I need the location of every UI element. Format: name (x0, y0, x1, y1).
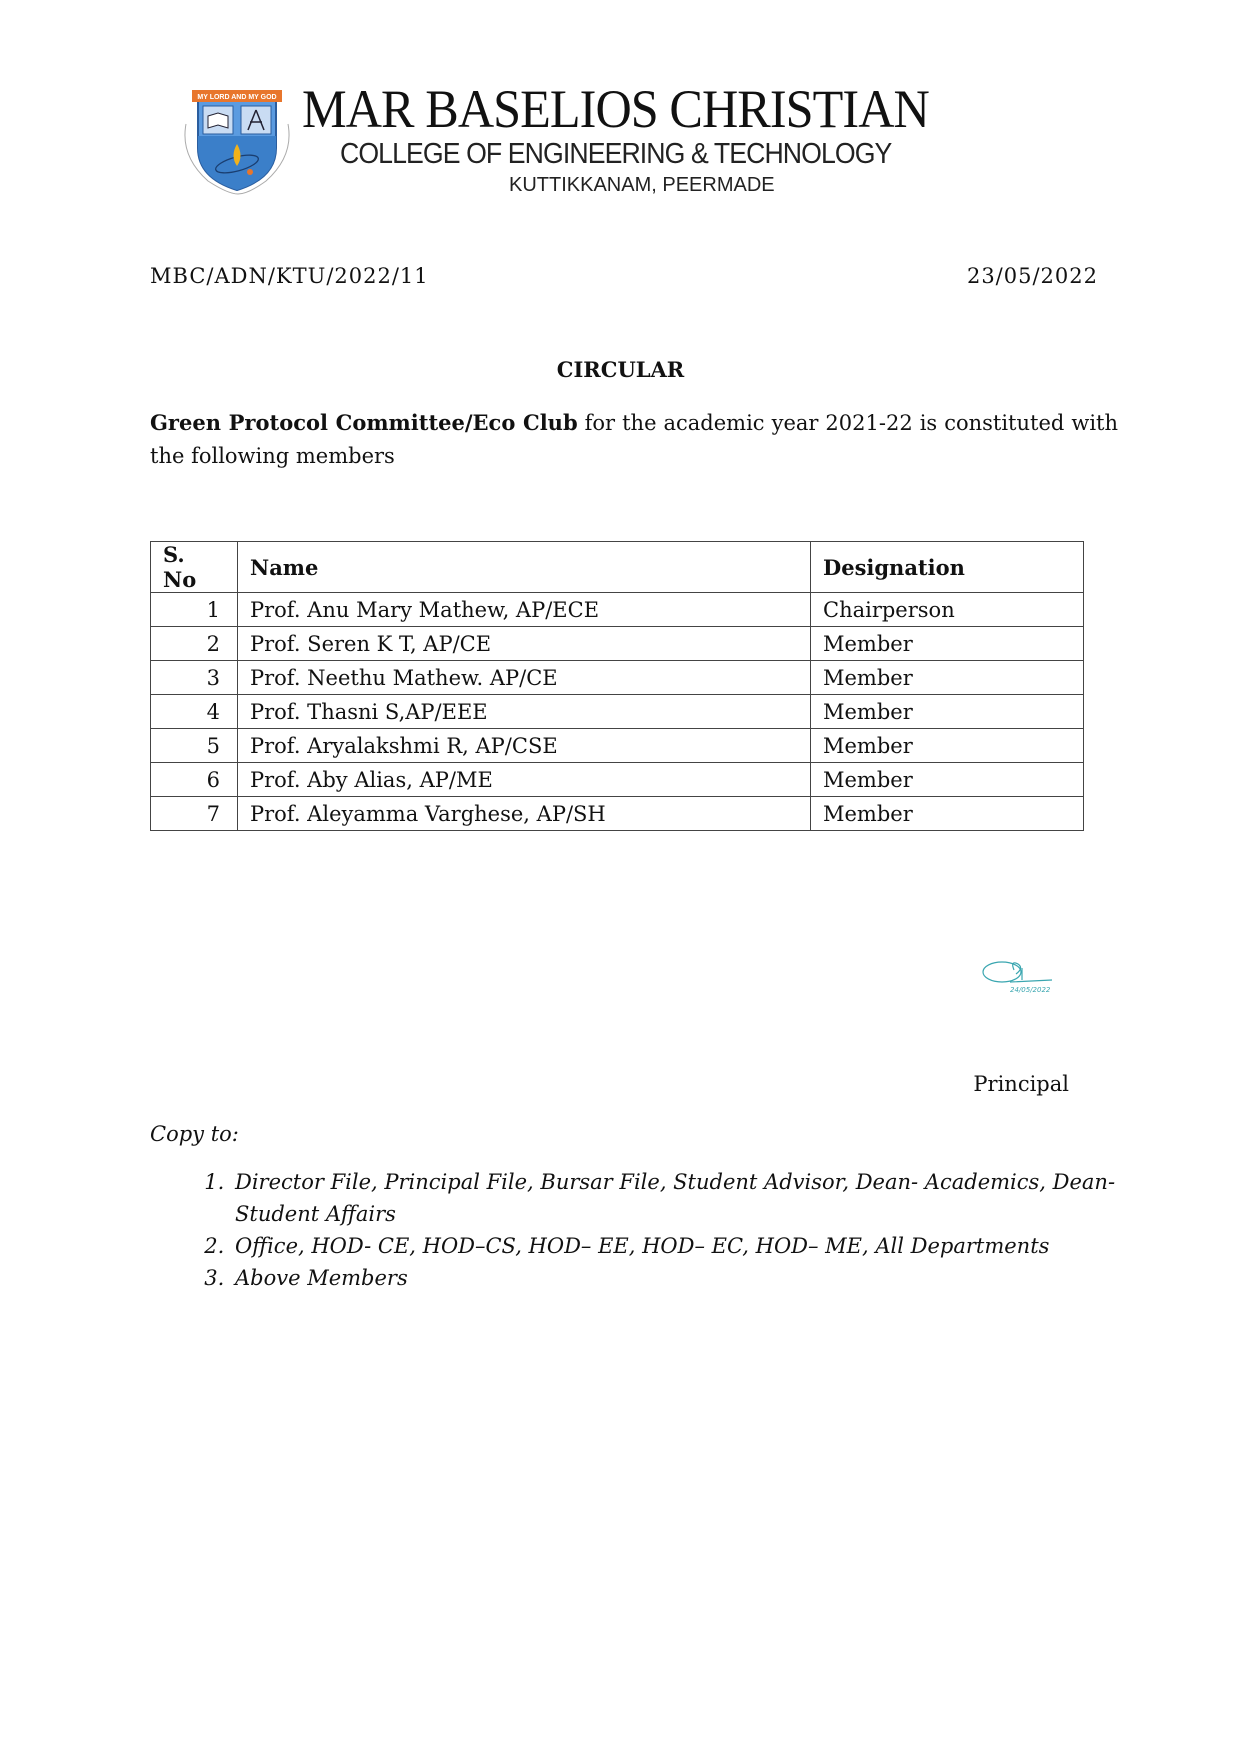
copy-to-item: Office, HOD- CE, HOD–CS, HOD– EE, HOD– E… (231, 1230, 1131, 1262)
cell-sno: 1 (151, 593, 238, 627)
cell-name: Prof. Aleyamma Varghese, AP/SH (238, 797, 811, 831)
cell-name: Prof. Thasni S,AP/EEE (238, 695, 811, 729)
college-location: KUTTIKKANAM, PEERMADE (509, 174, 775, 197)
cell-name: Prof. Neethu Mathew. AP/CE (238, 661, 811, 695)
committee-name: Green Protocol Committee/Eco Club (150, 410, 578, 435)
college-subtitle: COLLEGE OF ENGINEERING & TECHNOLOGY (340, 138, 891, 171)
table-row: 3Prof. Neethu Mathew. AP/CEMember (151, 661, 1084, 695)
college-name: MAR BASELIOS CHRISTIAN (302, 82, 929, 136)
table-header-row: S. No Name Designation (151, 542, 1084, 593)
cell-designation: Member (811, 763, 1084, 797)
cell-designation: Member (811, 695, 1084, 729)
cell-sno: 2 (151, 627, 238, 661)
copy-to-item: Director File, Principal File, Bursar Fi… (231, 1166, 1131, 1230)
circular-date: 23/05/2022 (967, 264, 1098, 288)
cell-sno: 3 (151, 661, 238, 695)
cell-sno: 6 (151, 763, 238, 797)
cell-designation: Chairperson (811, 593, 1084, 627)
cell-sno: 7 (151, 797, 238, 831)
signature-icon: 24/05/2022 (980, 958, 1060, 998)
crest-shield-icon: MY LORD AND MY GOD (178, 86, 296, 196)
circular-heading: CIRCULAR (0, 357, 1241, 382)
copy-to-list: Director File, Principal File, Bursar Fi… (195, 1166, 1131, 1294)
svg-text:MY LORD AND MY GOD: MY LORD AND MY GOD (197, 94, 276, 101)
cell-designation: Member (811, 797, 1084, 831)
header-designation: Designation (811, 542, 1084, 593)
reference-number: MBC/ADN/KTU/2022/11 (150, 264, 429, 288)
header-sno: S. No (151, 542, 238, 593)
college-logo: MY LORD AND MY GOD (178, 86, 296, 196)
table-row: 6Prof. Aby Alias, AP/MEMember (151, 763, 1084, 797)
principal-signature: 24/05/2022 (980, 958, 1060, 998)
svg-text:24/05/2022: 24/05/2022 (1010, 986, 1051, 994)
intro-paragraph: Green Protocol Committee/Eco Club for th… (150, 406, 1118, 473)
signatory-title: Principal (973, 1072, 1069, 1096)
copy-to-item: Above Members (231, 1262, 1131, 1294)
cell-designation: Member (811, 661, 1084, 695)
table-row: 4Prof. Thasni S,AP/EEEMember (151, 695, 1084, 729)
table-row: 5Prof. Aryalakshmi R, AP/CSEMember (151, 729, 1084, 763)
cell-designation: Member (811, 729, 1084, 763)
table-row: 2Prof. Seren K T, AP/CEMember (151, 627, 1084, 661)
cell-name: Prof. Seren K T, AP/CE (238, 627, 811, 661)
cell-name: Prof. Anu Mary Mathew, AP/ECE (238, 593, 811, 627)
table-row: 1Prof. Anu Mary Mathew, AP/ECEChairperso… (151, 593, 1084, 627)
header-name: Name (238, 542, 811, 593)
cell-name: Prof. Aby Alias, AP/ME (238, 763, 811, 797)
table-row: 7Prof. Aleyamma Varghese, AP/SHMember (151, 797, 1084, 831)
cell-sno: 4 (151, 695, 238, 729)
cell-sno: 5 (151, 729, 238, 763)
cell-name: Prof. Aryalakshmi R, AP/CSE (238, 729, 811, 763)
members-table: S. No Name Designation 1Prof. Anu Mary M… (150, 541, 1084, 831)
cell-designation: Member (811, 627, 1084, 661)
copy-to-label: Copy to: (150, 1122, 239, 1146)
